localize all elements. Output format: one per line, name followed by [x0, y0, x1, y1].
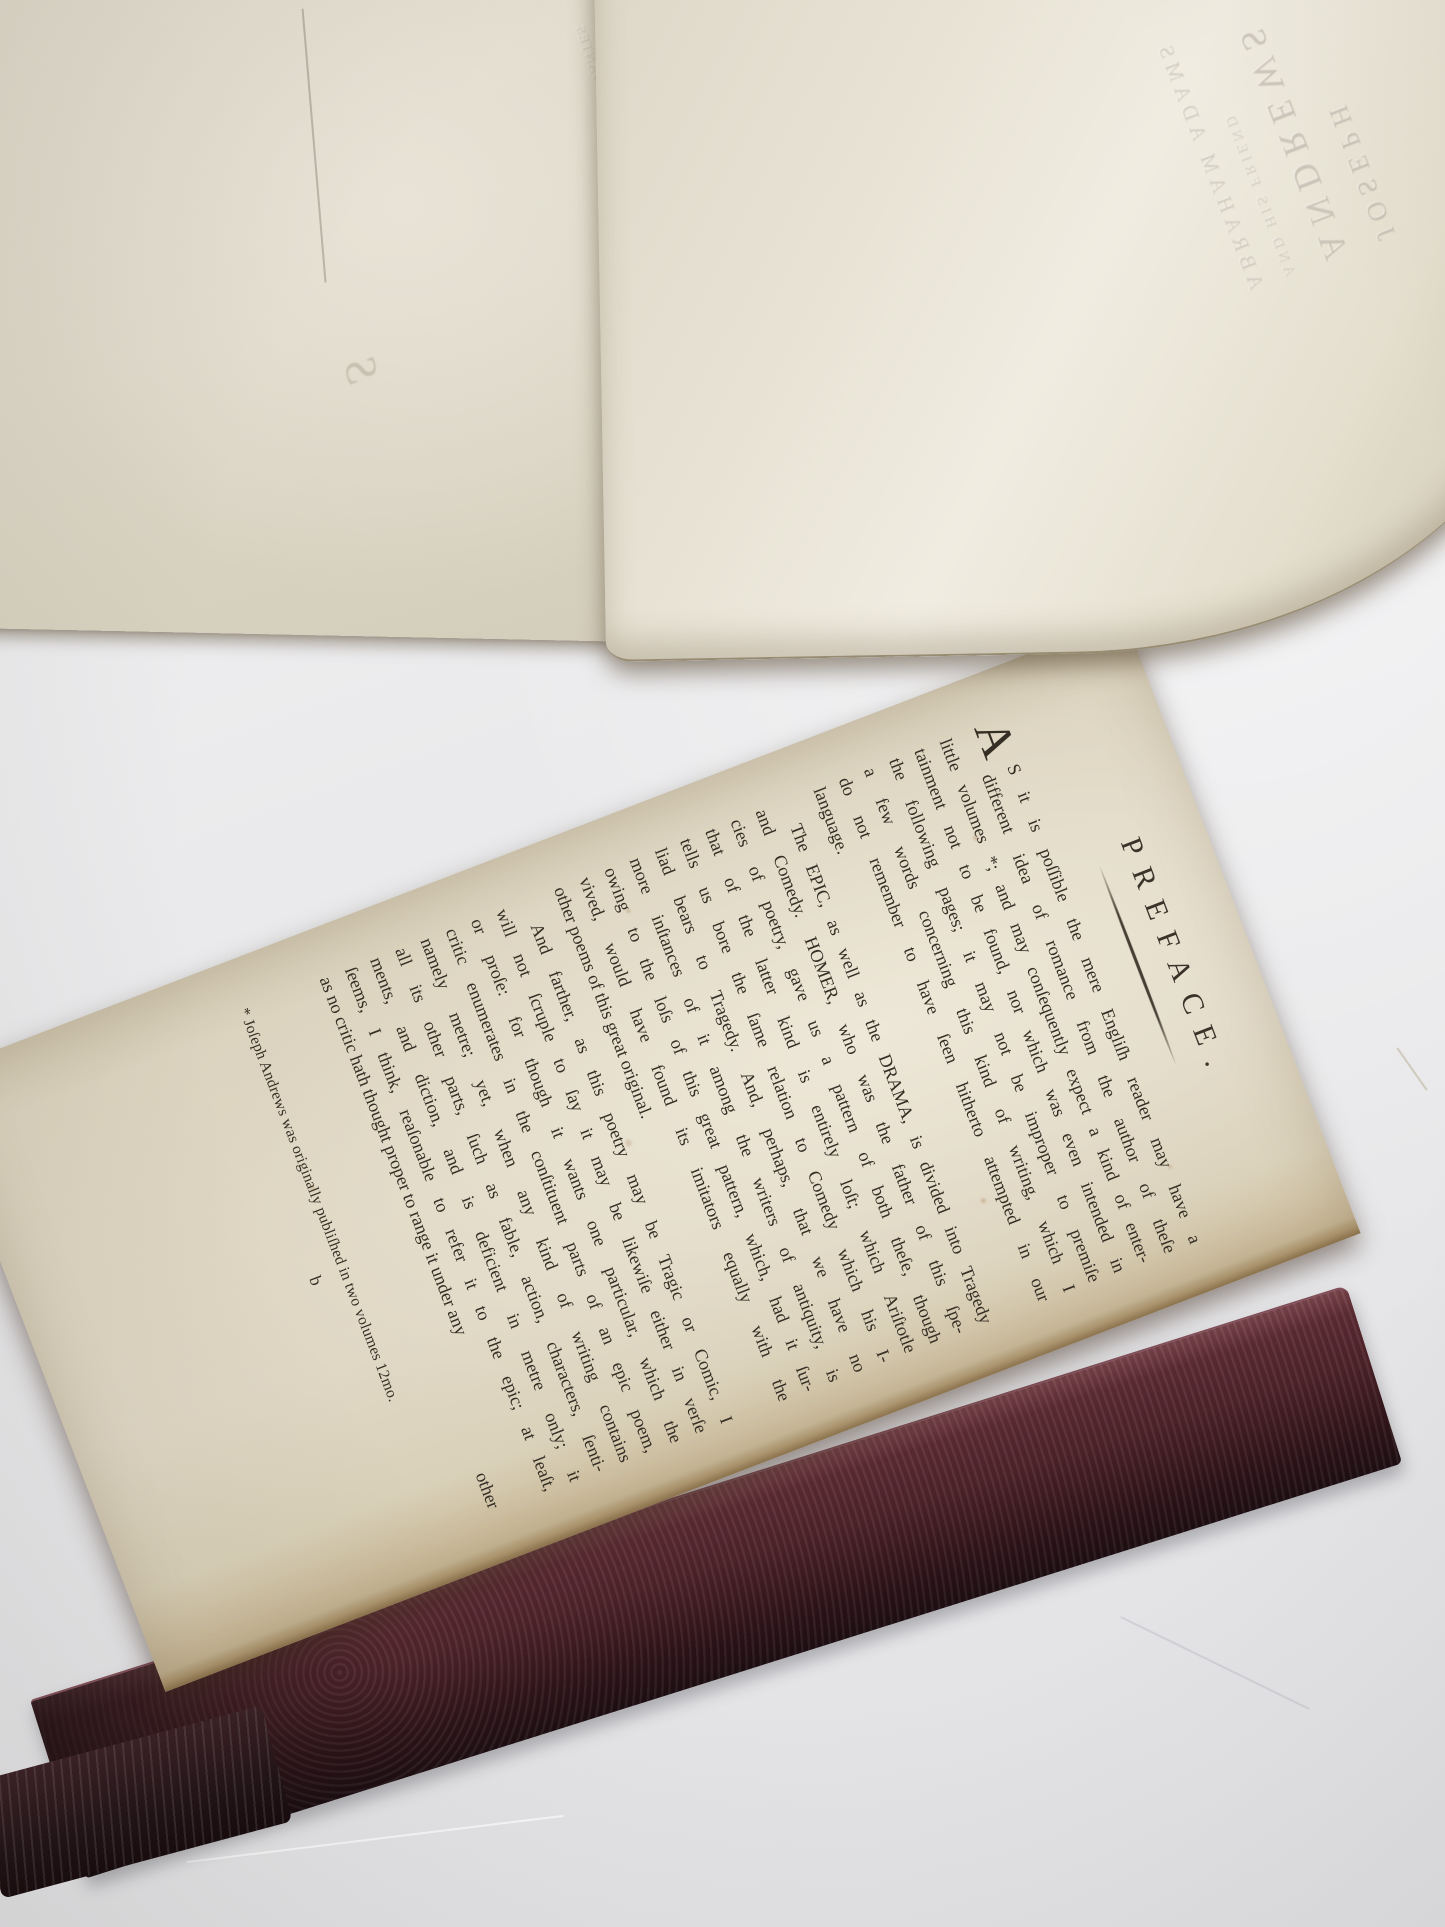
stray-fiber [1396, 1047, 1427, 1091]
showthrough-text-curl: JOSEPHANDREWSAND HIS FRIENDABRAHAM ADAMS [1151, 0, 1402, 293]
curled-page: JOSEPHANDREWSAND HIS FRIENDABRAHAM ADAMS [592, 0, 1445, 662]
showthrough-flourish: S [333, 353, 390, 388]
table-scratch [1120, 1616, 1310, 1710]
paper-crease [302, 8, 327, 282]
